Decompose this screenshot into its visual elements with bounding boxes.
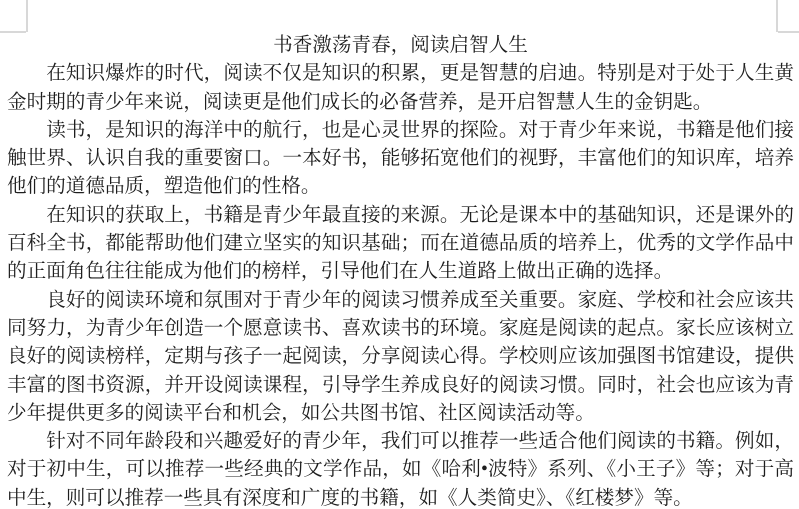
text-boundary-vertical-line-top-right [776,0,778,32]
paragraph: 针对不同年龄段和兴趣爱好的青少年，我们可以推荐一些适合他们阅读的书籍。例如，对于… [7,428,794,509]
paragraph: 读书，是知识的海洋中的航行，也是心灵世界的探险。对于青少年来说，书籍是他们接触世… [7,117,794,202]
paragraph: 良好的阅读环境和氛围对于青少年的阅读习惯养成至关重要。家庭、学校和社会应该共同努… [7,287,794,428]
document-page: 书香激荡青春，阅读启智人生 在知识爆炸的时代，阅读不仅是知识的积累，更是智慧的启… [0,0,799,509]
document-body: 书香激荡青春，阅读启智人生 在知识爆炸的时代，阅读不仅是知识的积累，更是智慧的启… [7,32,794,509]
paragraph: 在知识爆炸的时代，阅读不仅是知识的积累，更是智慧的启迪。特别是对于处于人生黄金时… [7,60,794,117]
text-boundary-vertical-line-top-left [26,0,28,32]
paragraph: 在知识的获取上，书籍是青少年最直接的来源。无论是课本中的基础知识，还是课外的百科… [7,202,794,287]
document-title: 书香激荡青春，阅读启智人生 [7,32,794,60]
